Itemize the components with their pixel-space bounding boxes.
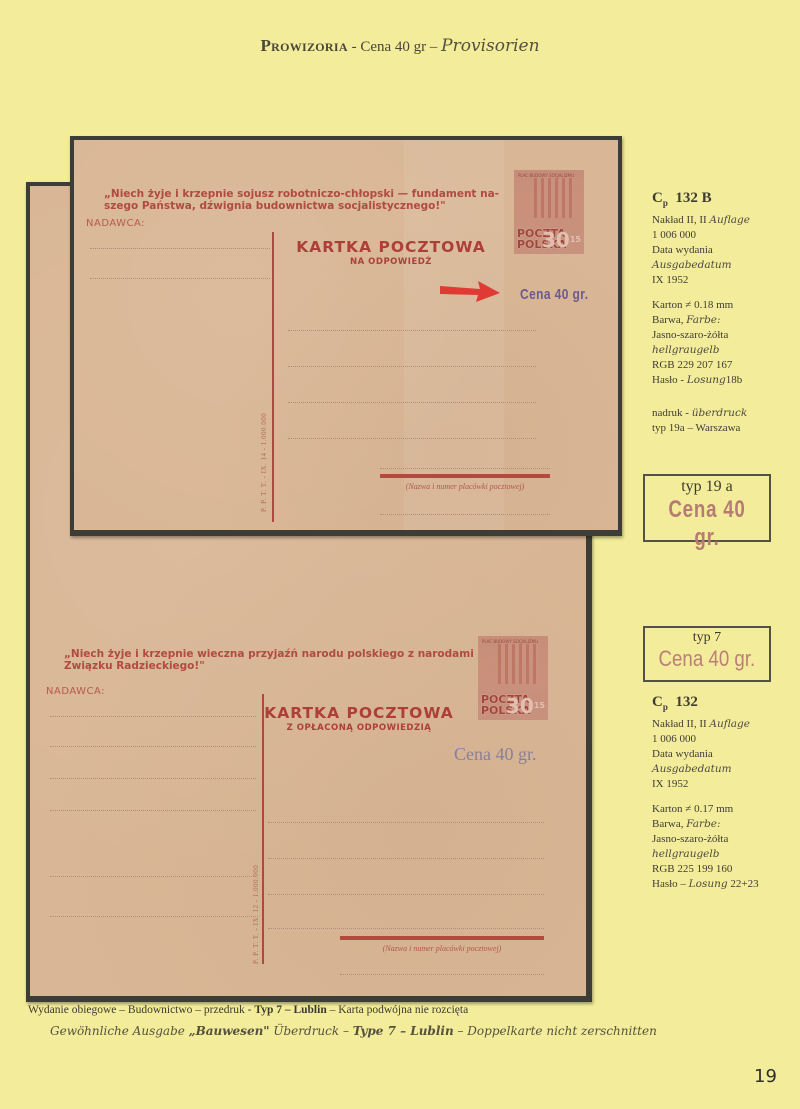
post-office-bar	[340, 936, 544, 940]
red-arrow-icon	[440, 280, 500, 302]
address-line	[90, 248, 270, 249]
caption-german: Gewöhnliche Ausgabe „Bauwesen" Überdruck…	[50, 1024, 657, 1038]
address-line	[50, 916, 256, 917]
address-line	[50, 810, 256, 811]
address-line	[50, 716, 256, 717]
address-line	[268, 822, 544, 823]
lower-heading: KARTKA POCZTOWA Z OPŁACONĄ ODPOWIEDZIĄ	[264, 704, 454, 733]
catalog-number: Cp 132 B	[652, 188, 750, 213]
upper-sender-label: NADAWCA:	[86, 218, 145, 229]
title-german: Provisorien	[441, 36, 539, 56]
address-line	[380, 514, 550, 515]
upper-imprint: P. P. T. T. - IX. 14 - 1.000.000	[260, 413, 268, 512]
page-number: 19	[754, 1066, 777, 1087]
title-main: Prowizoria	[260, 36, 347, 55]
address-line	[268, 928, 544, 929]
address-line	[288, 402, 536, 403]
page-title: Prowizoria - Cena 40 gr – Provisorien	[0, 36, 800, 56]
type-7-box: typ 7 Cena 40 gr.	[643, 626, 771, 682]
address-line	[380, 468, 550, 469]
address-line	[50, 876, 256, 877]
address-line	[90, 278, 270, 279]
title-price: Cena 40 gr	[360, 39, 426, 55]
lower-sender-label: NADAWCA:	[46, 686, 105, 697]
upper-postage-stamp: PLAC BUDOWY SOCJALIZMU POCZTAPOLSKA 3015	[514, 170, 584, 254]
caption-polish: Wydanie obiegowe – Budownictwo – przedru…	[28, 1004, 468, 1016]
address-line	[50, 778, 256, 779]
building-image-icon	[498, 644, 538, 684]
address-line	[288, 438, 536, 439]
lower-slogan: „Niech żyje i krzepnie wieczna przyjaźń …	[64, 648, 474, 672]
upper-heading: KARTKA POCZTOWA NA ODPOWIEDŹ	[296, 238, 486, 267]
address-line	[288, 330, 536, 331]
divider-line	[272, 232, 274, 522]
address-line	[288, 366, 536, 367]
upper-postcard: „Niech żyje i krzepnie sojusz robotniczo…	[74, 140, 618, 530]
lower-post-office-label: (Nazwa i numer placówki pocztowej)	[340, 944, 544, 953]
upper-card-frame: „Niech żyje i krzepnie sojusz robotniczo…	[70, 136, 622, 536]
upper-overprint: Cena 40 gr.	[520, 286, 588, 303]
lower-imprint: P. P. T. T. - IX. 12 - 1.000.000	[252, 865, 260, 964]
address-line	[268, 894, 544, 895]
lower-overprint: Cena 40 gr.	[454, 744, 537, 765]
divider-line	[262, 694, 264, 964]
upper-slogan: „Niech żyje i krzepnie sojusz robotniczo…	[104, 188, 499, 212]
upper-card-info: Cp 132 B Nakład II, II Auflage 1 006 000…	[652, 188, 750, 436]
upper-post-office-label: (Nazwa i numer placówki pocztowej)	[380, 482, 550, 491]
building-image-icon	[534, 178, 574, 218]
address-line	[50, 746, 256, 747]
lower-postage-stamp: PLAC BUDOWY SOCJALIZMU POCZTAPOLSKA 3015	[478, 636, 548, 720]
type-19a-box: typ 19 a Cena 40 gr.	[643, 474, 771, 542]
catalog-number: Cp 132	[652, 692, 759, 717]
address-line	[340, 974, 544, 975]
lower-card-info: Cp 132 Nakład II, II Auflage 1 006 000 D…	[652, 692, 759, 892]
address-line	[268, 858, 544, 859]
post-office-bar	[380, 474, 550, 478]
